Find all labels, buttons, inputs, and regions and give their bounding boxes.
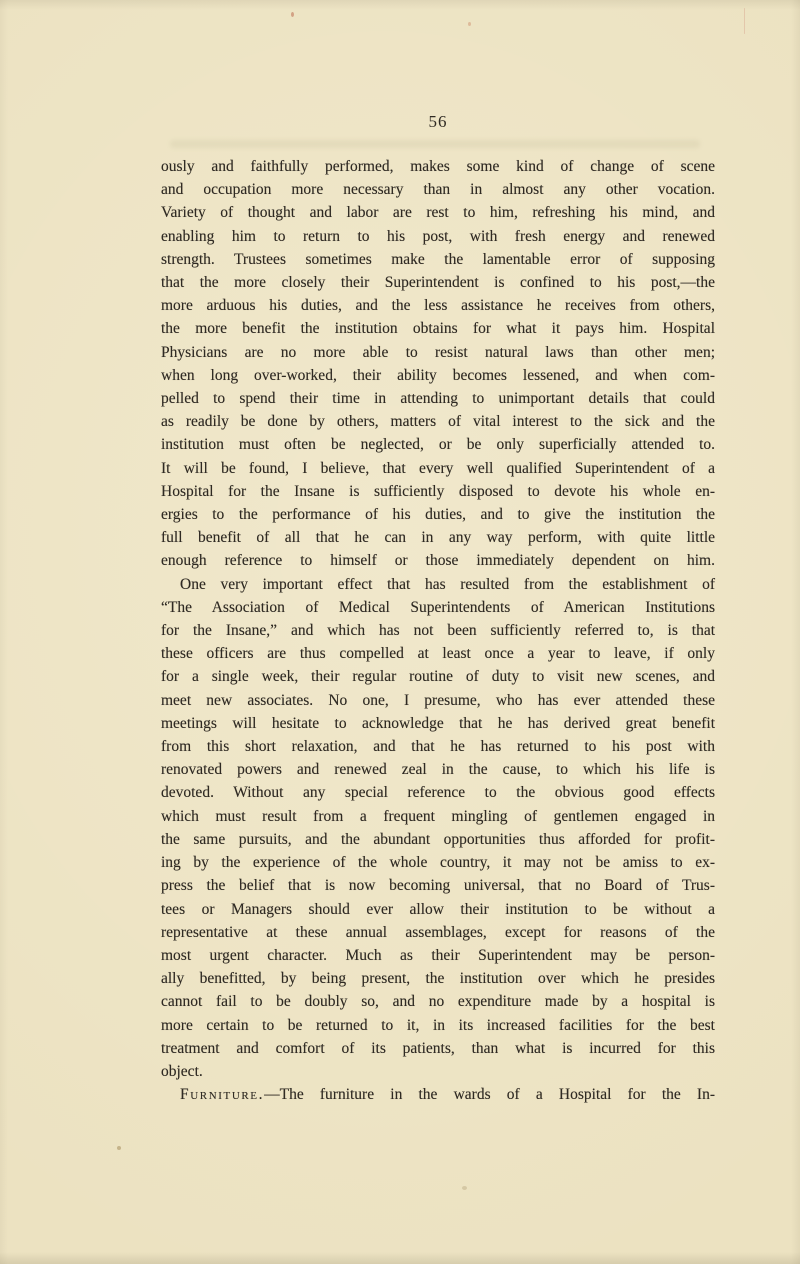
text-line: ergies to the performance of his duties,… [161, 503, 715, 526]
text-line: enough reference to himself or those imm… [161, 549, 715, 572]
text-line: renovated powers and renewed zeal in the… [161, 758, 715, 781]
text-line: from this short relaxation, and that he … [161, 735, 715, 758]
text-line: devoted. Without any special reference t… [161, 781, 715, 804]
text-block: ously and faithfully performed, makes so… [161, 155, 715, 1106]
text-line: “The Association of Medical Superintende… [161, 596, 715, 619]
section-lead-word: Furniture. [180, 1086, 264, 1103]
text-line: when long over-worked, their ability bec… [161, 364, 715, 387]
text-line: most urgent character. Much as their Sup… [161, 944, 715, 967]
text-line: pelled to spend their time in attending … [161, 387, 715, 410]
paper-speck [468, 22, 471, 26]
text-line: press the belief that is now becoming un… [161, 874, 715, 897]
text-line: meetings will hesitate to acknowledge th… [161, 712, 715, 735]
text-line: representative at these annual assemblag… [161, 921, 715, 944]
text-line: that the more closely their Superintende… [161, 271, 715, 294]
text-line: and occupation more necessary than in al… [161, 178, 715, 201]
text-line: ing by the experience of the whole count… [161, 851, 715, 874]
text-line: the more benefit the institution obtains… [161, 317, 715, 340]
text-line: Furniture.—The furniture in the wards of… [161, 1083, 715, 1106]
text-line: for the Insane,” and which has not been … [161, 619, 715, 642]
text-line: Hospital for the Insane is sufficiently … [161, 480, 715, 503]
text-line: Physicians are no more able to resist na… [161, 341, 715, 364]
paper-speck [291, 12, 294, 17]
text-line: strength. Trustees sometimes make the la… [161, 248, 715, 271]
text-line: One very important effect that has resul… [161, 573, 715, 596]
paper-speck [462, 1186, 467, 1190]
text-line: for a single week, their regular routine… [161, 665, 715, 688]
bleed-through-text [170, 140, 700, 148]
text-line: ously and faithfully performed, makes so… [161, 155, 715, 178]
text-line: as readily be done by others, matters of… [161, 410, 715, 433]
text-line: these officers are thus compelled at lea… [161, 642, 715, 665]
text-line: enabling him to return to his post, with… [161, 225, 715, 248]
text-line: treatment and comfort of its patients, t… [161, 1037, 715, 1060]
scanned-book-page: 56 ously and faithfully performed, makes… [0, 0, 800, 1264]
paper-speck [117, 1146, 121, 1150]
text-line: the same pursuits, and the abundant oppo… [161, 828, 715, 851]
text-line: ally benefitted, by being present, the i… [161, 967, 715, 990]
paper-speck [744, 8, 745, 34]
text-line: which must result from a frequent mingli… [161, 805, 715, 828]
text-line: more arduous his duties, and the less as… [161, 294, 715, 317]
text-line: cannot fail to be doubly so, and no expe… [161, 990, 715, 1013]
text-line: object. [161, 1060, 715, 1083]
text-line: full benefit of all that he can in any w… [161, 526, 715, 549]
text-line: tees or Managers should ever allow their… [161, 898, 715, 921]
text-line: more certain to be returned to it, in it… [161, 1014, 715, 1037]
text-line: institution must often be neglected, or … [161, 433, 715, 456]
page-number: 56 [161, 112, 715, 132]
text-line: meet new associates. No one, I presume, … [161, 689, 715, 712]
text-line: Variety of thought and labor are rest to… [161, 201, 715, 224]
text-line: It will be found, I believe, that every … [161, 457, 715, 480]
